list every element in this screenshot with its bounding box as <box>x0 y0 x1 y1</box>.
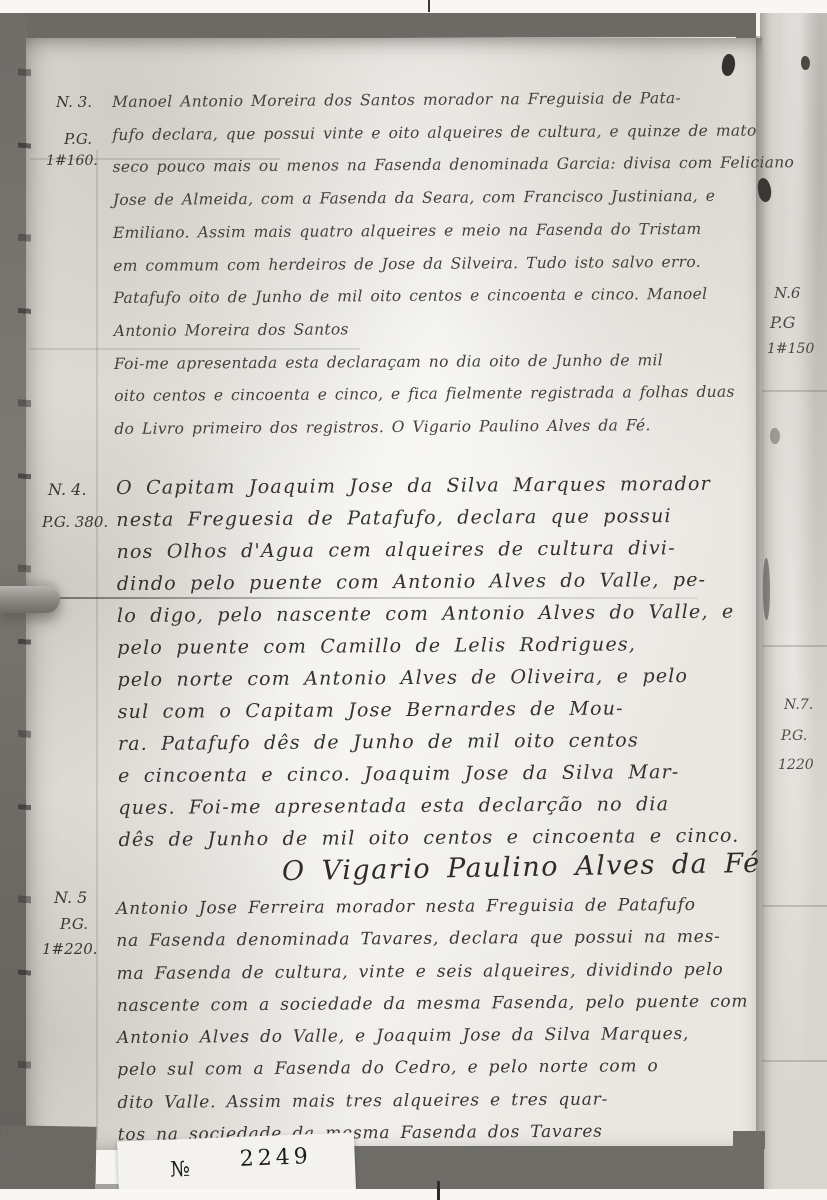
numero-symbol: № <box>170 1157 191 1182</box>
margin-entry-number-n4: N. 4. <box>48 480 86 499</box>
entry-line: Emiliano. Assim mais quatro alqueires e … <box>113 212 773 249</box>
margin-pg-n5: P.G. <box>60 915 88 933</box>
archive-number: 2249 <box>239 1144 312 1172</box>
entry-line: e cincoenta e cinco. Joaquim Jose da Sil… <box>118 755 773 792</box>
entry-line: lo digo, pelo nascente com Antonio Alves… <box>117 595 772 632</box>
entry-line: na Fasenda denominada Tavares, declara q… <box>116 921 781 958</box>
entry-line: Foi-me apresentada esta declaraçam no di… <box>114 343 774 380</box>
background-mat-bottom-right <box>344 1146 764 1190</box>
entry-line: nesta Freguesia de Patafufo, declara que… <box>116 499 771 536</box>
margin-pg-n4: P.G. 380. <box>42 513 108 531</box>
entry-line: Antonio Moreira dos Santos <box>114 310 774 347</box>
entry-line: fufo declara, que possui vinte e oito al… <box>112 114 772 151</box>
ink-blot <box>801 56 810 70</box>
entry-line: Patafufo oito de Junho de mil oito cento… <box>113 278 773 315</box>
entry-line: pelo sul com a Fasenda do Cedro, e pelo … <box>117 1050 782 1087</box>
entry-line: Antonio Jose Ferreira morador nesta Freg… <box>116 888 781 925</box>
adjacent-entry-number-n6: N.6 <box>774 284 800 302</box>
background-mat-bottom-left <box>0 1125 97 1193</box>
entry-line: em commum com herdeiros de Jose da Silve… <box>113 245 773 282</box>
register-entry-n3: Manoel Antonio Moreira dos Santos morado… <box>112 81 774 445</box>
margin-entry-number-n3: N. 3. <box>56 93 92 111</box>
entry-line: sul com o Capitam Jose Bernardes de Mou- <box>118 691 773 728</box>
entry-line: nascente com a sociedade da mesma Fasend… <box>117 985 782 1022</box>
entry-line: O Capitam Joaquim Jose da Silva Marques … <box>116 467 771 504</box>
adjacent-pg-n7: P.G. <box>781 728 807 744</box>
entry-line: do Livro primeiro dos registros. O Vigar… <box>114 408 774 445</box>
margin-crease-line <box>96 150 98 1140</box>
margin-fee-n5: 1#220. <box>42 940 98 958</box>
entry-line: Manoel Antonio Moreira dos Santos morado… <box>112 81 772 118</box>
adjacent-fee-n6: 1#150 <box>767 341 814 357</box>
entry-line: oito centos e cincoenta e cinco, e fica … <box>114 376 774 413</box>
entry-line: pelo norte com Antonio Alves de Oliveira… <box>117 659 772 696</box>
adjacent-entry-number-n7: N.7. <box>784 697 813 713</box>
entry-line: Antonio Alves do Valle, e Joaquim Jose d… <box>117 1018 782 1055</box>
entry-line: dito Valle. Assim mais tres alqueires e … <box>117 1082 782 1119</box>
registration-tick-bottom <box>437 1181 440 1200</box>
photograph-frame: N. 3. P.G. 1#160. Manoel Antonio Moreira… <box>0 0 827 1200</box>
adjacent-fee-n7: 1220 <box>778 757 814 773</box>
background-mat-top <box>4 11 756 39</box>
margin-pg-n3: P.G. <box>64 130 92 148</box>
entry-line: ques. Foi-me apresentada esta declarção … <box>118 787 773 824</box>
entry-line: ma Fasenda de cultura, vinte e seis alqu… <box>116 953 781 990</box>
entry-line: Jose de Almeida, com a Fasenda da Seara,… <box>113 179 773 216</box>
photo-border-bottom <box>0 1189 827 1200</box>
margin-fee-n3: 1#160. <box>46 153 98 169</box>
entry-line: ra. Patafufo dês de Junho de mil oito ce… <box>118 723 773 760</box>
entry-line: seco pouco mais ou menos na Fasenda deno… <box>112 147 772 184</box>
entry-line: pelo puente com Camillo de Lelis Rodrigu… <box>117 627 772 664</box>
register-entry-n4: O Capitam Joaquim Jose da Silva Marques … <box>116 467 774 856</box>
registration-tick-top <box>428 0 430 12</box>
register-entry-n5: Antonio Jose Ferreira morador nesta Freg… <box>116 888 783 1151</box>
metal-clip <box>0 586 60 613</box>
background-mat-bottom-step <box>733 1131 765 1149</box>
entry-line: nos Olhos d'Agua cem alqueires de cultur… <box>116 531 771 568</box>
adjacent-pg-n6: P.G <box>770 313 795 332</box>
margin-entry-number-n5: N. 5 <box>54 888 87 907</box>
photo-border-top <box>0 0 827 13</box>
entry-line: dindo pelo puente com Antonio Alves do V… <box>117 563 772 600</box>
